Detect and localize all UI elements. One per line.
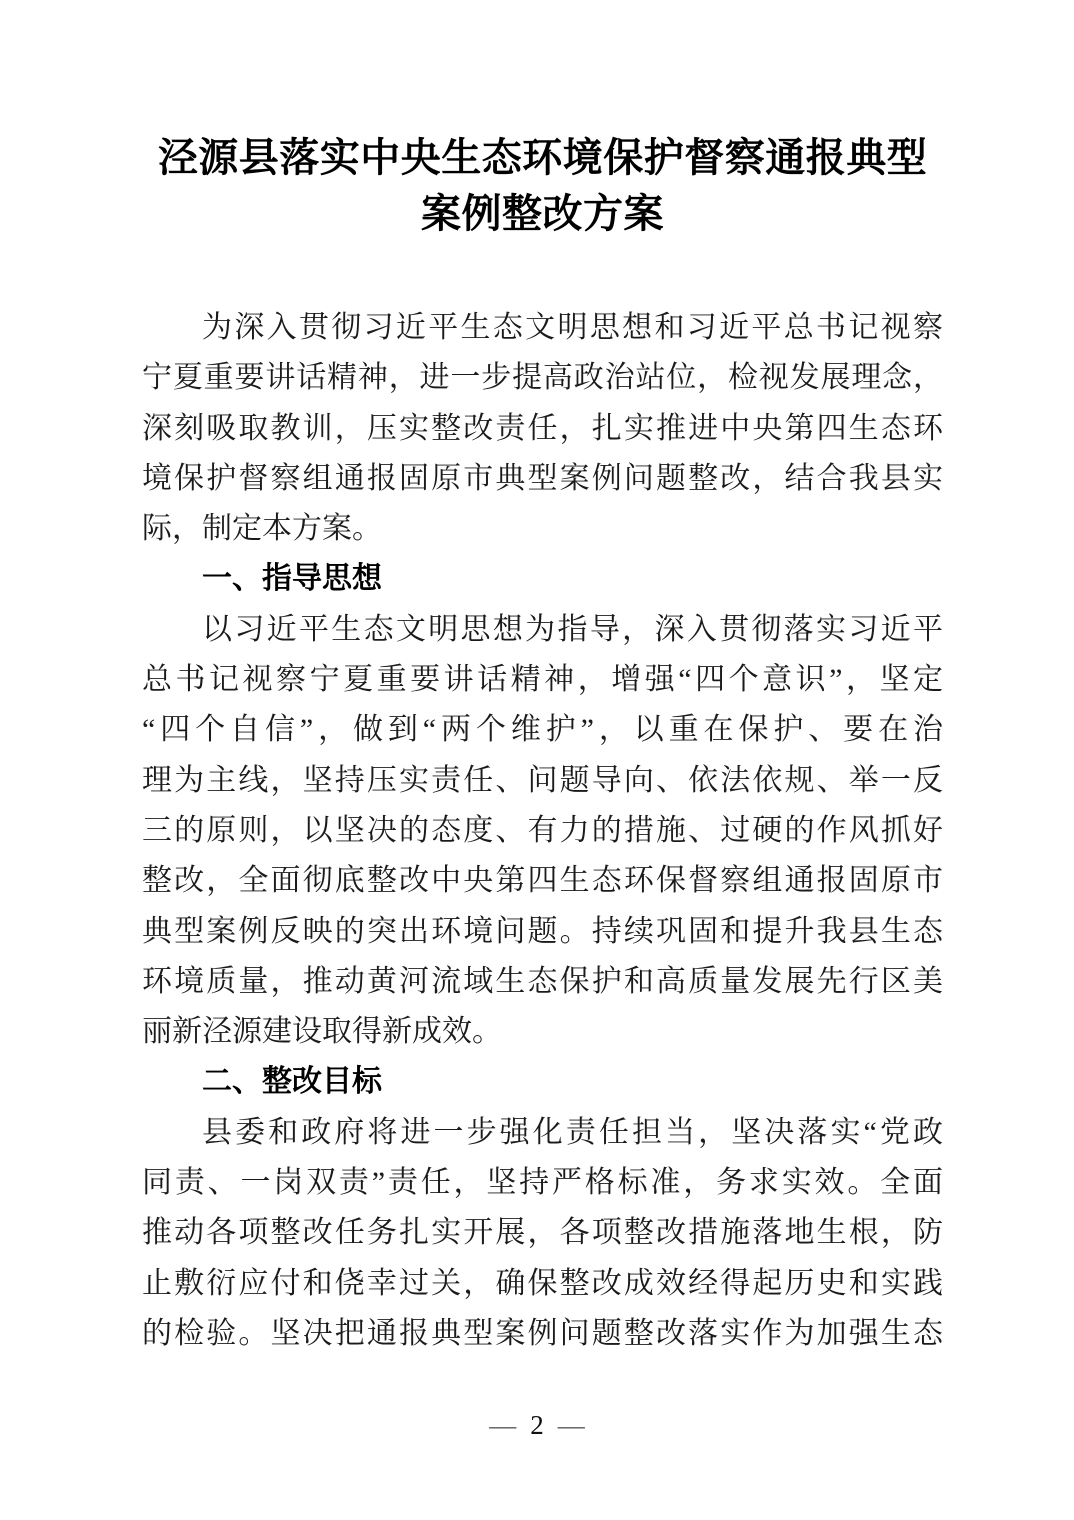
body-text-line: 环境质量，推动黄河流域生态保护和高质量发展先行区美: [142, 957, 943, 1007]
body-text-line: 的检验。坚决把通报典型案例问题整改落实作为加强生态: [142, 1309, 943, 1359]
body-text-line: 际，制定本方案。: [142, 504, 943, 554]
body-text-line: 境保护督察组通报固原市典型案例问题整改，结合我县实: [142, 454, 943, 504]
body-text-line: 深刻吸取教训，压实整改责任，扎实推进中央第四生态环: [142, 404, 943, 454]
body-text-line: 典型案例反映的突出环境问题。持续巩固和提升我县生态: [142, 907, 943, 957]
body-text-line: 丽新泾源建设取得新成效。: [142, 1007, 943, 1057]
body-text-line: 宁夏重要讲话精神，进一步提高政治站位，检视发展理念，: [142, 353, 943, 403]
document-title: 泾源县落实中央生态环境保护督察通报典型 案例整改方案: [0, 0, 1074, 242]
body-text-line: 为深入贯彻习近平生态文明思想和习近平总书记视察: [142, 303, 943, 353]
body-text-line: 三的原则，以坚决的态度、有力的措施、过硬的作风抓好: [142, 806, 943, 856]
title-line-1: 泾源县落实中央生态环境保护督察通报典型: [142, 130, 943, 186]
title-line-2: 案例整改方案: [142, 186, 943, 242]
page-footer: —2—: [0, 1410, 1074, 1440]
body-text-line: “四个自信”，做到“两个维护”，以重在保护、要在治: [142, 705, 943, 755]
section-heading: 一、指导思想: [142, 554, 943, 604]
document-page: 泾源县落实中央生态环境保护督察通报典型 案例整改方案 为深入贯彻习近平生态文明思…: [0, 0, 1074, 1520]
section-heading: 二、整改目标: [142, 1057, 943, 1107]
body-text-line: 止敷衍应付和侥幸过关，确保整改成效经得起历史和实践: [142, 1259, 943, 1309]
body-text-line: 整改，全面彻底整改中央第四生态环保督察组通报固原市: [142, 856, 943, 906]
body-text-line: 以习近平生态文明思想为指导，深入贯彻落实习近平: [142, 605, 943, 655]
body-text-line: 推动各项整改任务扎实开展，各项整改措施落地生根，防: [142, 1208, 943, 1258]
body-text-line: 总书记视察宁夏重要讲话精神，增强“四个意识”，坚定: [142, 655, 943, 705]
body-text-line: 县委和政府将进一步强化责任担当，坚决落实“党政: [142, 1108, 943, 1158]
page-number: 2: [530, 1410, 544, 1440]
footer-dash-right: —: [558, 1410, 585, 1440]
body-text-line: 同责、一岗双责”责任，坚持严格标准，务求实效。全面: [142, 1158, 943, 1208]
document-body: 为深入贯彻习近平生态文明思想和习近平总书记视察宁夏重要讲话精神，进一步提高政治站…: [142, 303, 943, 1359]
footer-dash-left: —: [489, 1410, 516, 1440]
body-text-line: 理为主线，坚持压实责任、问题导向、依法依规、举一反: [142, 756, 943, 806]
